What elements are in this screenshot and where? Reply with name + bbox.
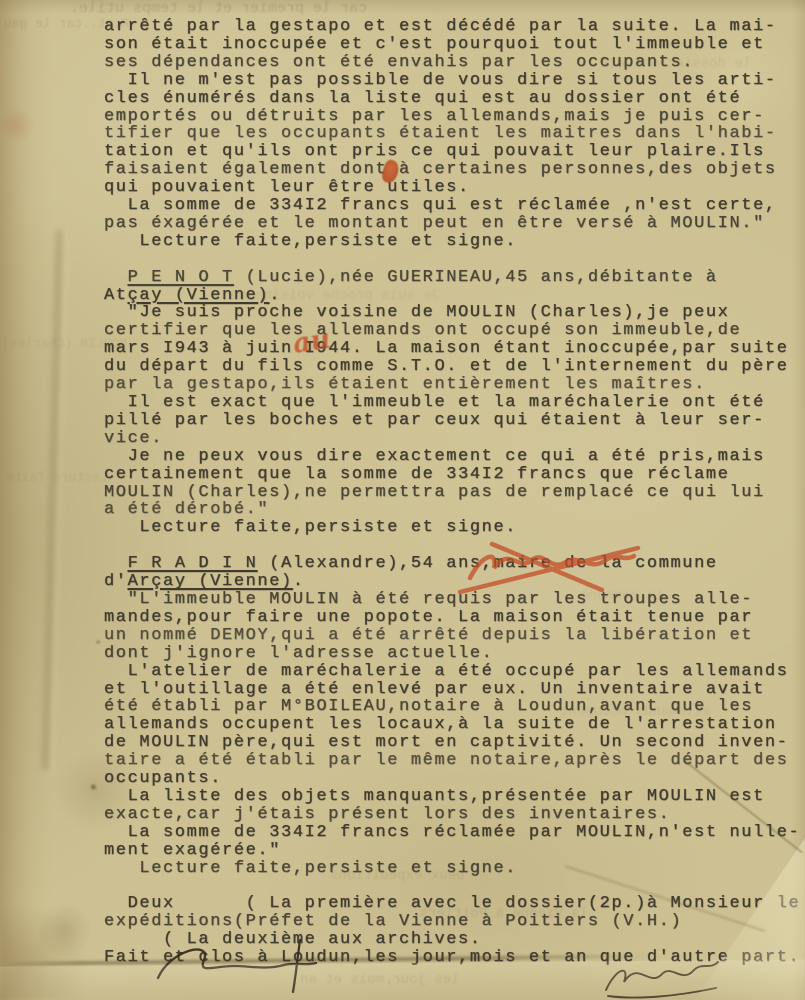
text-line: par la gestapo,ils étaient entièrement l… <box>104 376 804 394</box>
text-line: emportés ou détruits par les allemands,m… <box>104 108 804 126</box>
text-line: qui pouvaient leur être utiles. <box>104 179 804 197</box>
text-line: et l'outillage a été enlevé par eux. Un … <box>104 681 804 699</box>
text-line: Lecture faite,persiste et signe. <box>104 860 804 878</box>
text-line: allemands occupent les locaux,à la suite… <box>104 716 804 734</box>
red-pencil-scrawl <box>452 530 662 616</box>
text-line: un nommé DEMOY,qui a été arrêté depuis l… <box>104 627 804 645</box>
text-line: certainement que la somme de 334I2 franc… <box>104 466 804 484</box>
text-line: MOULIN (Charles),ne permettra pas de rem… <box>104 484 804 502</box>
bottom-fold-band <box>0 959 805 1000</box>
text-line: vice. <box>104 430 804 448</box>
text-line: tifier que les occupants étaient les mai… <box>104 125 804 143</box>
text-line: La liste des objets manquants,présentée … <box>104 788 804 806</box>
text-line: dont j'ignore l'adresse actuelle. <box>104 645 804 663</box>
text-line: a été dérobé." <box>104 501 804 519</box>
text-line: Atçay (Vienne). <box>104 287 804 305</box>
text-line: mars I943 à juin I944. La maison étant i… <box>104 340 804 358</box>
text-line: pas éxagérée et le montant peut en être … <box>104 215 804 233</box>
text-line: P E N O T (Lucie),née GUERINEAU,45 ans,d… <box>104 269 804 287</box>
text-line: du départ du fils comme S.T.O. et de l'i… <box>104 358 804 376</box>
text-line <box>104 251 804 269</box>
text-line: La somme de 334I2 francs réclamée par MO… <box>104 824 804 842</box>
text-line: Il ne m'est pas possible de vous dire si… <box>104 72 804 90</box>
text-line: ses dépendances ont été envahis par les … <box>104 54 804 72</box>
text-line: Il est exact que l'immeuble et la maréch… <box>104 394 804 412</box>
text-line: "Je suis proche voisine de MOULIN (Charl… <box>104 304 804 322</box>
text-line: expéditions(Préfet de la Vienne à Poitie… <box>104 913 804 931</box>
text-line: son était inoccupée et c'est pourquoi to… <box>104 36 804 54</box>
text-line: été établi par M°BOILEAU,notaire à Loudu… <box>104 698 804 716</box>
text-line: tation et qu'ils ont pris ce qui pouvait… <box>104 143 804 161</box>
text-line: pillé par les boches et par ceux qui éta… <box>104 412 804 430</box>
text-line: exacte,car j'étais présent lors des inve… <box>104 806 804 824</box>
text-line: L'atelier de maréchalerie a été occupé p… <box>104 663 804 681</box>
text-line: de MOULIN père,qui est mort en captivité… <box>104 734 804 752</box>
text-line: La somme de 334I2 francs qui est réclamé… <box>104 197 804 215</box>
text-line: taire a été établi par le même notaire,a… <box>104 752 804 770</box>
text-line: faisaient également dont à certaines per… <box>104 161 804 179</box>
text-line <box>104 877 804 895</box>
text-line: ment exagérée." <box>104 842 804 860</box>
text-line: cles énumérés dans la liste qui est au d… <box>104 90 804 108</box>
red-pencil-correction: au <box>291 323 333 359</box>
text-line: arrêté par la gestapo et est décédé par … <box>104 18 804 36</box>
text-line: Je ne peux vous dire exactement ce qui a… <box>104 448 804 466</box>
text-line: Lecture faite,persiste et signe. <box>104 233 804 251</box>
typewritten-text: arrêté par la gestapo et est décédé par … <box>104 18 804 967</box>
text-line: certifier que les allemands ont occupé s… <box>104 322 804 340</box>
